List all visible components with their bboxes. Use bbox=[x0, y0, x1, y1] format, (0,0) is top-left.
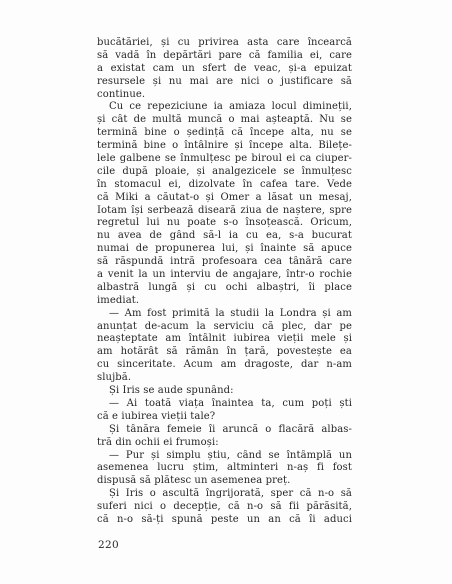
text-line: că n-o să-ți spună peste un an că îi adu… bbox=[97, 514, 352, 527]
text-line: am hotărât să rămân în țară, povestește … bbox=[97, 346, 352, 359]
text-line: cu sinceritate. Acum am dragoste, dar n-… bbox=[97, 359, 352, 372]
text-line: să răspundă intră profesoara cea tânără … bbox=[97, 256, 352, 269]
text-line: bucătăriei, și cu privirea asta care înc… bbox=[97, 37, 352, 50]
text-line: suferi nici o decepție, că n-o să fii pă… bbox=[97, 501, 352, 514]
text-line: lele galbene se înmulțesc pe biroul ei c… bbox=[97, 153, 352, 166]
text-line: — Ai toată viața înaintea ta, cum poți ș… bbox=[97, 398, 352, 411]
text-line: în stomacul ei, dizolvate în cafea tare.… bbox=[97, 179, 352, 192]
text-line: dispusă să plătesc un asemenea preț. bbox=[97, 475, 352, 488]
text-block: bucătăriei, și cu privirea asta care înc… bbox=[97, 37, 352, 527]
text-line: resursele și nu mai are nici o justifica… bbox=[97, 76, 352, 89]
text-line: — Am fost primită la studii la Londra și… bbox=[97, 308, 352, 321]
text-line: a venit la un interviu de angajare, într… bbox=[97, 269, 352, 282]
text-line: Și Iris o ascultă îngrijorată, sper că n… bbox=[97, 488, 352, 501]
text-line: regretul lui nu poate s-o însoțească. Or… bbox=[97, 217, 352, 230]
text-line: să vadă în depărtări pare că familia ei,… bbox=[97, 50, 352, 63]
text-line: nu avea de gând să-l ia cu ea, s-a bucur… bbox=[97, 230, 352, 243]
text-line: cile după ploaie, și analgezicele se înm… bbox=[97, 166, 352, 179]
text-line: și cât de multă muncă o mai așteaptă. Nu… bbox=[97, 114, 352, 127]
text-line: că e iubirea vieții tale? bbox=[97, 411, 352, 424]
text-line: tră din ochii ei frumoși: bbox=[97, 437, 352, 450]
text-line: — Pur și simplu știu, când se întâmplă u… bbox=[97, 450, 352, 463]
text-line: numai de propunerea lui, și înainte să a… bbox=[97, 243, 352, 256]
book-page: bucătăriei, și cu privirea asta care înc… bbox=[0, 0, 452, 584]
text-line: asemenea lucru știm, altminteri n-aș fi … bbox=[97, 462, 352, 475]
text-line: albastră lungă și cu ochi albaștri, îi p… bbox=[97, 282, 352, 295]
text-line: slujbă. bbox=[97, 372, 352, 385]
text-line: imediat. bbox=[97, 295, 352, 308]
text-line: continue. bbox=[97, 89, 352, 102]
text-line: Și tânăra femeie îi aruncă o flacără alb… bbox=[97, 424, 352, 437]
page-number: 220 bbox=[98, 538, 119, 552]
text-line: că Miki a căutat-o și Omer a lăsat un me… bbox=[97, 192, 352, 205]
text-line: Iotam își serbează diseară ziua de naște… bbox=[97, 205, 352, 218]
text-line: anunțat de-acum la serviciu că plec, dar… bbox=[97, 321, 352, 334]
text-line: termină bine o întâlnire și începe alta.… bbox=[97, 140, 352, 153]
text-line: termină bine o ședință că începe alta, n… bbox=[97, 127, 352, 140]
text-line: Cu ce repeziciune ia amiaza locul dimine… bbox=[97, 101, 352, 114]
text-line: a existat cam un sfert de veac, și-a epu… bbox=[97, 63, 352, 76]
text-line: Și Iris se aude spunând: bbox=[97, 385, 352, 398]
text-line: neașteptate am întâlnit iubirea vieții m… bbox=[97, 333, 352, 346]
